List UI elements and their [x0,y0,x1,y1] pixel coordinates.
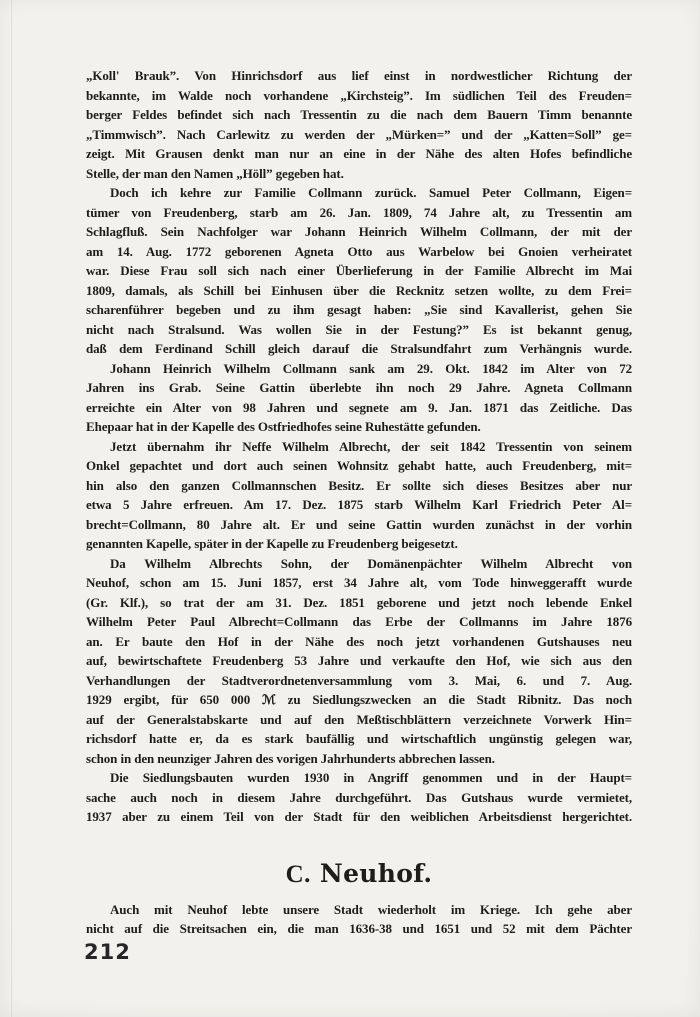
text-line: war. Diese Frau soll sich nach einer Übe… [86,261,632,281]
text-line: bekannte, im Walde noch vorhandene „Kirc… [86,86,632,106]
text-line: Jetzt übernahm ihr Neffe Wilhelm Albrech… [86,437,632,457]
text-line: etwa 5 Jahre erfreuen. Am 17. Dez. 1875 … [86,495,632,515]
paragraph: „Koll' Brauk”. Von Hinrichsdorf aus lief… [86,66,632,183]
text-line: 1929 ergibt, für 650 000 ℳ zu Siedlungsz… [86,690,632,710]
after-heading-paragraphs: Auch mit Neuhof lebte unsere Stadt wiede… [86,900,632,939]
text-line: nicht nach Stralsund. Was wollen Sie in … [86,320,632,340]
book-page: „Koll' Brauk”. Von Hinrichsdorf aus lief… [0,0,700,1017]
paragraph: Jetzt übernahm ihr Neffe Wilhelm Albrech… [86,437,632,554]
paragraph: Johann Heinrich Wilhelm Collmann sank am… [86,359,632,437]
text-line: genannten Kapelle, später in der Kapelle… [86,534,632,554]
text-line: an. Er baute den Hof in der Nähe des noc… [86,632,632,652]
body-paragraphs: „Koll' Brauk”. Von Hinrichsdorf aus lief… [86,66,632,827]
text-line: Auch mit Neuhof lebte unsere Stadt wiede… [86,900,632,920]
text-line: daß dem Ferdinand Schill gleich darauf d… [86,339,632,359]
text-line: „Timmwisch”. Nach Carlewitz zu werden de… [86,125,632,145]
text-line: Die Siedlungsbauten wurden 1930 in Angri… [86,768,632,788]
text-line: nicht auf die Streitsachen ein, die man … [86,919,632,939]
text-line: auf der Generalstabskarte und auf den Me… [86,710,632,730]
text-line: hin also den ganzen Collmannschen Besitz… [86,476,632,496]
text-line: zeigt. Mit Grausen denkt man nur an eine… [86,144,632,164]
text-line: Ehepaar hat in der Kapelle des Ostfriedh… [86,417,632,437]
text-line: richsdorf hatte er, da es stark baufälli… [86,729,632,749]
text-line: scharenführer begeben und zu ihm gesagt … [86,300,632,320]
text-line: Onkel gepachtet und dort auch seinen Woh… [86,456,632,476]
page-number: 212 [84,940,131,964]
text-line: Doch ich kehre zur Familie Collmann zurü… [86,183,632,203]
text-line: Neuhof, schon am 15. Juni 1857, erst 34 … [86,573,632,593]
text-line: 1809, damals, als Schill bei Einhusen üb… [86,281,632,301]
paragraph: Auch mit Neuhof lebte unsere Stadt wiede… [86,900,632,939]
text-line: Johann Heinrich Wilhelm Collmann sank am… [86,359,632,379]
text-line: „Koll' Brauk”. Von Hinrichsdorf aus lief… [86,66,632,86]
page-edge-line [11,0,12,1017]
text-line: berger Feldes befindet sich nach Tressen… [86,105,632,125]
text-line: Verhandlungen der Stadtverordnetenversam… [86,671,632,691]
text-line: Stelle, der man den Namen „Höll” gegeben… [86,164,632,184]
text-line: sache auch noch in diesem Jahre durchgef… [86,788,632,808]
text-line: auf, bewirtschaftete Freudenberg 53 Jahr… [86,651,632,671]
text-line: (Gr. Klf.), so trat der am 31. Dez. 1851… [86,593,632,613]
section-letter: C. [286,861,311,888]
text-line: Wilhelm Peter Paul Albrecht=Collmann das… [86,612,632,632]
text-line: Schlagfluß. Sein Nachfolger war Johann H… [86,222,632,242]
text-line: schon in den neunziger Jahren des vorige… [86,749,632,769]
text-block: „Koll' Brauk”. Von Hinrichsdorf aus lief… [86,66,632,939]
paragraph: Da Wilhelm Albrechts Sohn, der Domänenpä… [86,554,632,769]
paragraph: Die Siedlungsbauten wurden 1930 in Angri… [86,768,632,827]
section-title: Neuhof. [320,859,432,888]
text-line: erreichte ein Alter von 98 Jahren und se… [86,398,632,418]
text-line: 1937 aber zu einem Teil von der Stadt fü… [86,807,632,827]
text-line: brecht=Collmann, 80 Jahre alt. Er und se… [86,515,632,535]
text-line: am 14. Aug. 1772 geborenen Agneta Otto a… [86,242,632,262]
text-line: Jahren ins Grab. Seine Gattin überlebte … [86,378,632,398]
text-line: Da Wilhelm Albrechts Sohn, der Domänenpä… [86,554,632,574]
paragraph: Doch ich kehre zur Familie Collmann zurü… [86,183,632,359]
section-heading: C.Neuhof. [86,857,632,891]
text-line: tümer von Freudenberg, starb am 26. Jan.… [86,203,632,223]
